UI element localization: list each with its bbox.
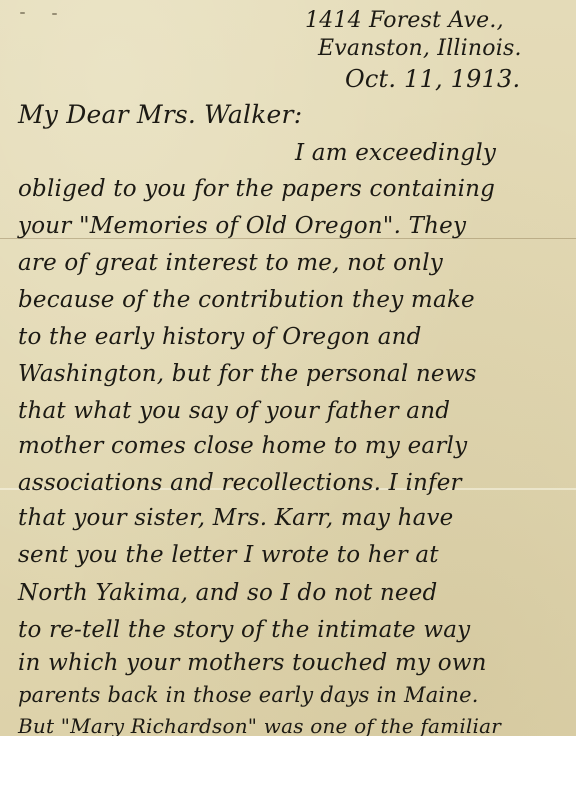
salutation: My Dear Mrs. Walker:	[18, 100, 302, 129]
body-line: because of the contribution they make	[18, 287, 475, 313]
paper-speck	[52, 13, 57, 15]
body-line: to re-tell the story of the intimate way	[18, 617, 470, 643]
address-line-2: Evanston, Illinois.	[318, 36, 522, 61]
body-line: parents back in those early days in Main…	[18, 683, 479, 707]
body-line: are of great interest to me, not only	[18, 250, 443, 276]
body-line: North Yakima, and so I do not need	[18, 580, 437, 606]
body-line: Washington, but for the personal news	[18, 361, 477, 387]
body-line: I am exceedingly	[295, 140, 496, 166]
address-line-1: 1414 Forest Ave.,	[305, 8, 504, 33]
body-line: in which your mothers touched my own	[18, 650, 487, 676]
body-line: to the early history of Oregon and	[18, 324, 422, 350]
body-line: that what you say of your father and	[18, 398, 450, 424]
letter-page: 1414 Forest Ave., Evanston, Illinois. Oc…	[0, 0, 576, 736]
body-line: your "Memories of Old Oregon". They	[18, 213, 466, 239]
letter-date: Oct. 11, 1913.	[345, 65, 520, 93]
body-line: mother comes close home to my early	[18, 433, 467, 459]
body-line: that your sister, Mrs. Karr, may have	[18, 505, 454, 531]
body-line: sent you the letter I wrote to her at	[18, 542, 439, 568]
body-line: associations and recollections. I infer	[18, 470, 462, 496]
body-line: obliged to you for the papers containing	[18, 176, 495, 202]
body-line: But "Mary Richardson" was one of the fam…	[18, 714, 501, 736]
paper-speck	[20, 12, 25, 14]
